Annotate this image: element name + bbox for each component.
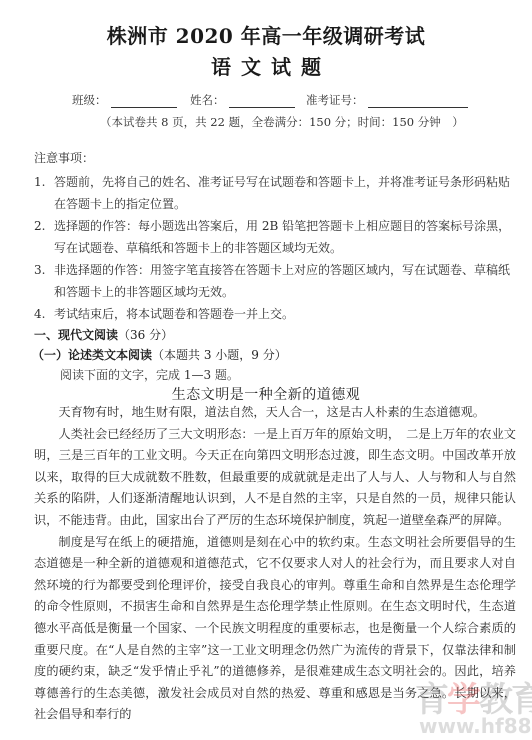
subsection-heading: （一）论述类文本阅读（本题共 3 小题，9 分） (32, 345, 514, 365)
note-text: 考试结束后，将本试题卷和答题卷一并上交。 (54, 307, 294, 321)
note-number: 4. (34, 303, 45, 325)
exam-id-field-label: 准考证号： (306, 93, 364, 107)
article-paragraph: 制度是写在纸上的硬措施，道德则是刻在心中的软约束。生态文明社会所要倡导的生态道德… (34, 532, 516, 726)
exam-subtitle: 语文试题 (0, 51, 532, 80)
note-item: 3. 非选择题的作答：用签字笔直接答在答题卡上对应的答题区域内，写在试题卷、草稿… (34, 259, 514, 303)
reading-instruction: 阅读下面的文字，完成 1—3 题。 (34, 365, 514, 385)
subsection-title: （一）论述类文本阅读 (32, 348, 152, 362)
note-item: 4. 考试结束后，将本试题卷和答题卷一并上交。 (34, 303, 514, 325)
section-heading: 一、现代文阅读（36 分） (34, 325, 514, 345)
note-number: 2. (34, 215, 45, 237)
note-text: 答题前，先将自己的姓名、准考证号写在试题卷和答题卡上，并将准考证号条形码粘贴在答… (54, 175, 510, 211)
section-score: （36 分） (118, 328, 173, 342)
exam-id-field[interactable]: 准考证号： (306, 92, 468, 108)
exam-page: 株洲市 2020 年高一年级调研考试 语文试题 班级： 姓名： 准考证号： （本… (0, 0, 532, 740)
note-number: 3. (34, 259, 45, 281)
note-item: 2. 选择题的作答：每小题选出答案后，用 2B 铅笔把答题卡上相应题目的答案标号… (34, 215, 514, 259)
article-body: 天育物有时，地生财有限，道法自然，天人合一，这是古人朴素的生态道德观。 人类社会… (34, 402, 516, 726)
exam-info: （本试卷共 8 页，共 22 题，全卷满分：150 分；时间：150 分钟 ） (100, 114, 464, 130)
notes-heading: 注意事项： (34, 147, 514, 169)
name-field[interactable]: 姓名： (190, 92, 295, 108)
note-text: 非选择题的作答：用签字笔直接答在答题卡上对应的答题区域内，写在试题卷、草稿纸和答… (54, 263, 510, 299)
article-paragraph: 天育物有时，地生财有限，道法自然，天人合一，这是古人朴素的生态道德观。 (34, 402, 516, 424)
name-field-blank[interactable] (229, 95, 295, 108)
class-field-blank[interactable] (111, 95, 177, 108)
subsection-note: （本题共 3 小题，9 分） (152, 348, 287, 362)
exam-notes: 注意事项： 1. 答题前，先将自己的姓名、准考证号写在试题卷和答题卡上，并将准考… (34, 147, 514, 325)
class-field[interactable]: 班级： (72, 92, 177, 108)
name-field-label: 姓名： (190, 93, 225, 107)
section-modern-reading: 一、现代文阅读（36 分） （一）论述类文本阅读（本题共 3 小题，9 分） 阅… (34, 325, 514, 385)
exam-id-field-blank[interactable] (368, 95, 468, 108)
article-paragraph: 人类社会已经经历了三大文明形态：一是上百万年的原始文明， 二是上万年的农业文明，… (34, 424, 516, 532)
exam-title: 株洲市 2020 年高一年级调研考试 (0, 20, 532, 49)
note-item: 1. 答题前，先将自己的姓名、准考证号写在试题卷和答题卡上，并将准考证号条形码粘… (34, 171, 514, 215)
section-title: 一、现代文阅读 (34, 328, 118, 342)
article-title: 生态文明是一种全新的道德观 (0, 384, 532, 404)
note-number: 1. (34, 171, 45, 193)
note-text: 选择题的作答：每小题选出答案后，用 2B 铅笔把答题卡上相应题目的答案标号涂黑，… (54, 219, 510, 255)
class-field-label: 班级： (72, 93, 107, 107)
